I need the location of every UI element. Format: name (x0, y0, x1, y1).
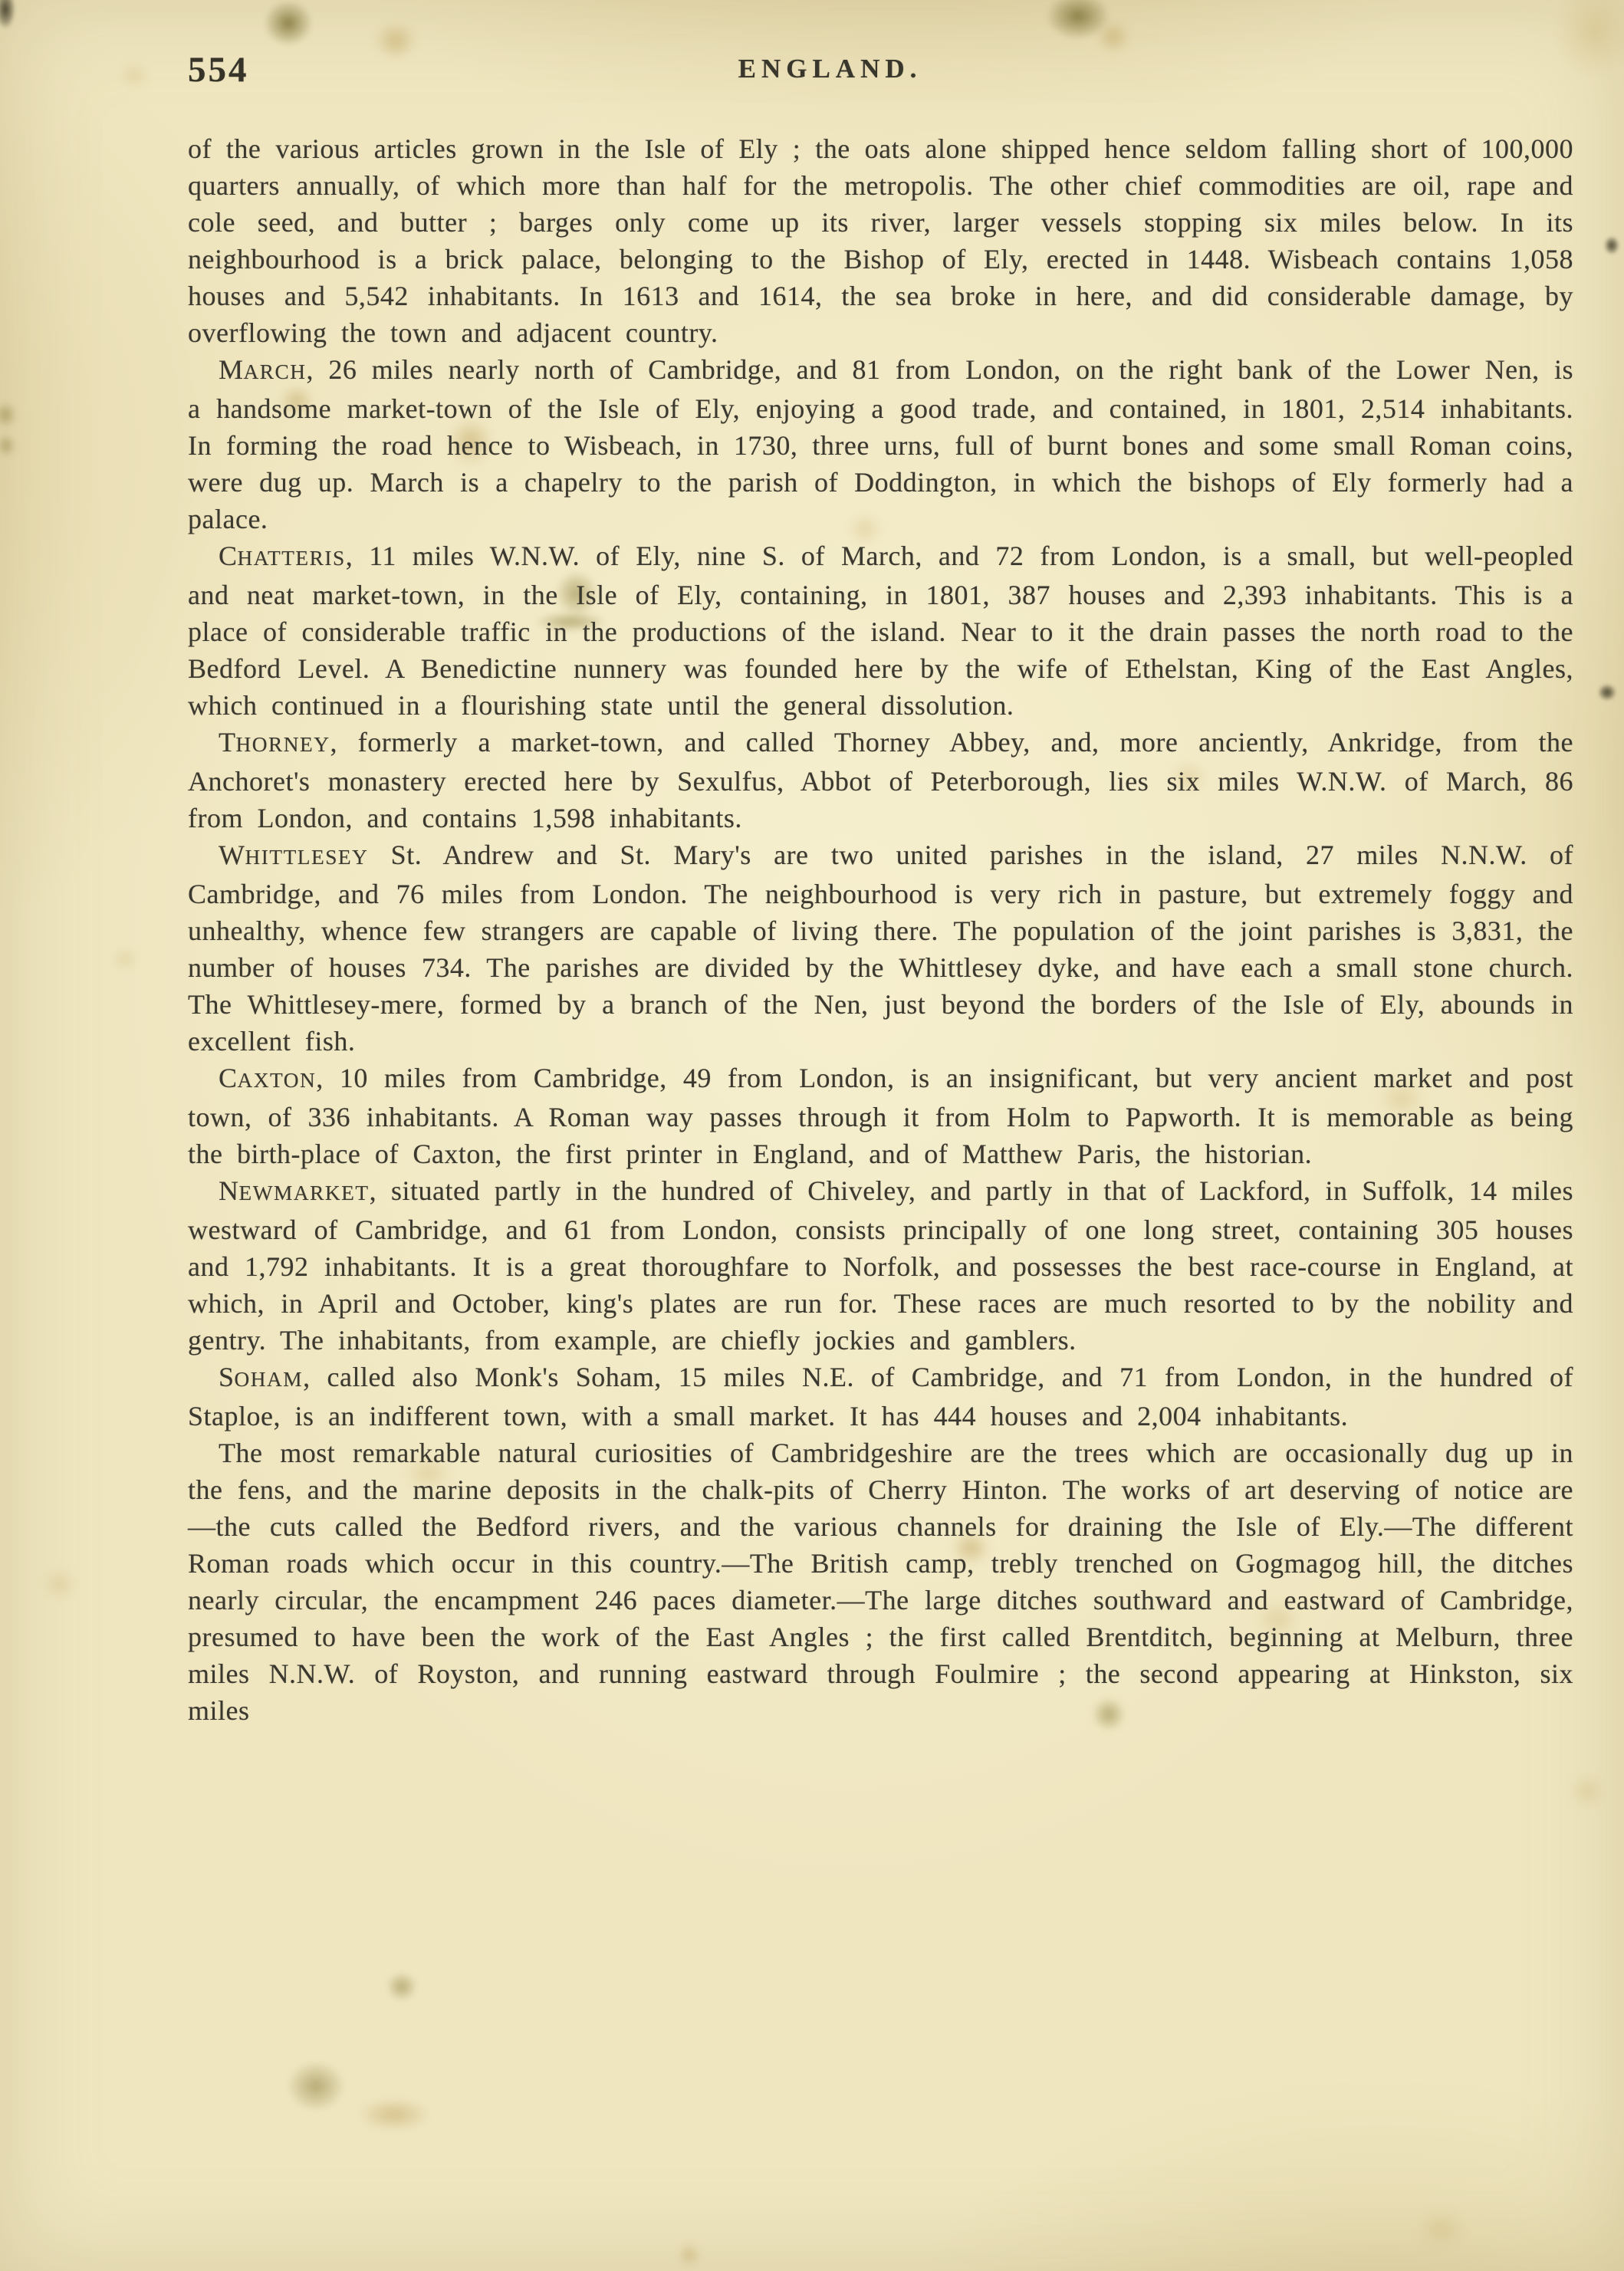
book-page-scan: 554 ENGLAND. of the various articles gro… (0, 0, 1624, 2271)
paragraph-text: , 10 miles from Cambridge, 49 from Londo… (188, 1063, 1573, 1169)
stain (0, 434, 15, 457)
page-header: 554 ENGLAND. (188, 48, 1573, 130)
stain (1604, 236, 1619, 255)
stain (1570, 1776, 1604, 1806)
stain (43, 1569, 77, 1599)
paragraph-whittlesey: Whittlesey St. Andrew and St. Mary's are… (188, 836, 1573, 1060)
paragraph-thorney: Thorney, formerly a market-town, and cal… (188, 724, 1573, 836)
stain (1417, 2210, 1466, 2248)
town-name: Whittlesey (219, 840, 368, 870)
stain (1046, 0, 1110, 40)
paragraph-chatteris: Chatteris, 11 miles W.N.W. of Ely, nine … (188, 537, 1573, 724)
town-name: Soham (219, 1362, 303, 1392)
page-edge-mark (0, 0, 15, 29)
paragraph-soham: Soham, called also Monk's Soham, 15 mile… (188, 1359, 1573, 1435)
paragraph-text: , 11 miles W.N.W. of Ely, nine S. of Mar… (188, 541, 1573, 721)
town-name: Chatteris (219, 541, 346, 571)
stain (386, 1972, 417, 2001)
paragraph-text: St. Andrew and St. Mary's are two united… (188, 840, 1573, 1057)
running-title: ENGLAND. (738, 54, 922, 84)
paragraph-natural-curiosities: The most remarkable natural curiosities … (188, 1435, 1573, 1729)
paragraph-text: The most remarkable natural curiosities … (188, 1438, 1573, 1726)
stain (678, 2243, 701, 2266)
stain (120, 63, 149, 87)
page-number: 554 (188, 49, 249, 90)
paragraph-caxton: Caxton, 10 miles from Cambridge, 49 from… (188, 1060, 1573, 1172)
paragraph-text: , 26 miles nearly north of Cambridge, an… (188, 354, 1573, 534)
stain (0, 402, 17, 428)
body-text: of the various articles grown in the Isl… (188, 130, 1573, 1729)
paragraph-text: , formerly a market-town, and called Tho… (188, 727, 1573, 833)
stain (112, 948, 138, 971)
paragraph-continuation-wisbeach: of the various articles grown in the Isl… (188, 130, 1573, 351)
page-content: 554 ENGLAND. of the various articles gro… (188, 48, 1573, 1729)
paragraph-march: March, 26 miles nearly north of Cambridg… (188, 351, 1573, 537)
town-name: Thorney (219, 727, 330, 758)
town-name: March (219, 354, 307, 385)
paragraph-newmarket: Newmarket, situated partly in the hundre… (188, 1172, 1573, 1359)
town-name: Newmarket (219, 1175, 370, 1206)
stain (1598, 684, 1616, 701)
paragraph-text: , called also Monk's Soham, 15 miles N.E… (188, 1362, 1573, 1431)
stain (264, 0, 313, 46)
paragraph-text: of the various articles grown in the Isl… (188, 133, 1573, 348)
town-name: Caxton (219, 1063, 316, 1093)
paragraph-text: , situated partly in the hundred of Chiv… (188, 1175, 1573, 1356)
stain (287, 2061, 345, 2112)
stain (357, 2098, 431, 2131)
